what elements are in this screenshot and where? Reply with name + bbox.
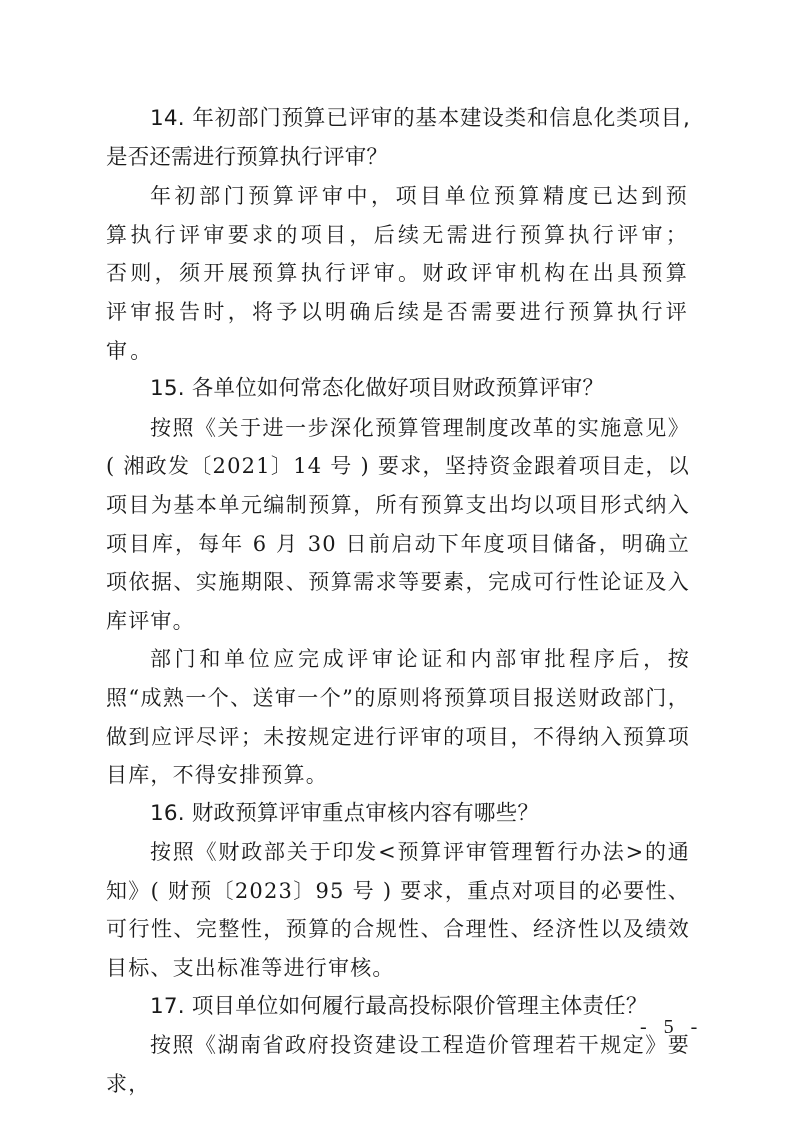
section-15: 15. 各单位如何常态化做好项目财政预算评审？ 按照《关于进一步深化预算管理制度…: [106, 370, 690, 795]
document-page: 14. 年初部门预算已评审的基本建设类和信息化类项目,是否还需进行预算执行评审？…: [106, 100, 690, 1103]
section-14: 14. 年初部门预算已评审的基本建设类和信息化类项目,是否还需进行预算执行评审？…: [106, 100, 690, 370]
section-17: 17. 项目单位如何履行最高投标限价管理主体责任？ 按照《湖南省政府投资建设工程…: [106, 988, 690, 1104]
body-paragraph: 部门和单位应完成评审论证和内部审批程序后，按照“成熟一个、送审一个”的原则将预算…: [106, 640, 690, 794]
section-heading: 16. 财政预算评审重点审核内容有哪些？: [106, 795, 690, 834]
section-heading: 17. 项目单位如何履行最高投标限价管理主体责任？: [106, 988, 690, 1027]
body-paragraph: 按照《关于进一步深化预算管理制度改革的实施意见》( 湘政发〔2021〕14 号 …: [106, 409, 690, 641]
body-paragraph: 年初部门预算评审中，项目单位预算精度已达到预算执行评审要求的项目，后续无需进行预…: [106, 177, 690, 370]
section-heading: 15. 各单位如何常态化做好项目财政预算评审？: [106, 370, 690, 409]
body-paragraph: 按照《湖南省政府投资建设工程造价管理若干规定》要求，: [106, 1026, 690, 1103]
section-heading: 14. 年初部门预算已评审的基本建设类和信息化类项目,是否还需进行预算执行评审？: [106, 100, 690, 177]
body-paragraph: 按照《财政部关于印发<预算评审管理暂行办法>的通知》( 财预〔2023〕95 号…: [106, 833, 690, 987]
section-16: 16. 财政预算评审重点审核内容有哪些？ 按照《财政部关于印发<预算评审管理暂行…: [106, 795, 690, 988]
page-number: - 5 -: [640, 1016, 703, 1039]
